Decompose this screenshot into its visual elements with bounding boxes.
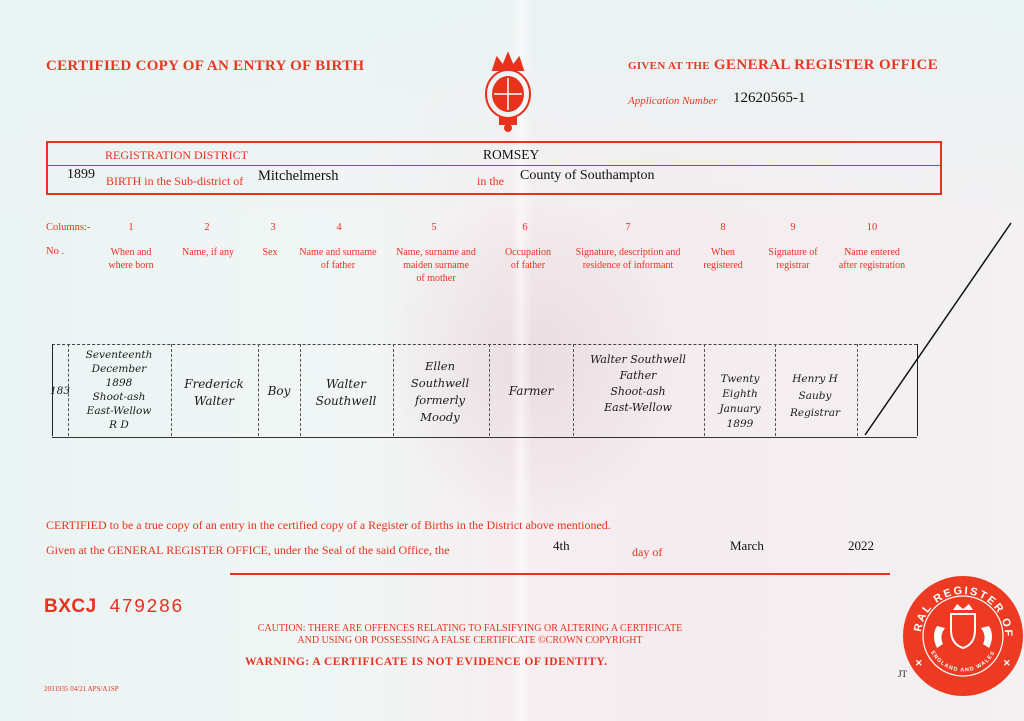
registration-district-label: REGISTRATION DISTRICT (105, 148, 248, 163)
royal-crest-icon (473, 48, 543, 132)
column-divider (573, 344, 574, 436)
svg-text:✕: ✕ (1003, 658, 1011, 668)
registration-year: 1899 (67, 167, 95, 183)
form-code: 2031935 04/21 APS/A1SP (44, 685, 119, 693)
column-number: 7 (625, 222, 630, 233)
office-title-main: GENERAL REGISTER OFFICE (714, 57, 938, 73)
serial-prefix: BXCJ (44, 596, 97, 617)
entry-father: Walter Southwell (316, 376, 377, 410)
entry-sex: Boy (268, 384, 291, 398)
office-title: GIVEN AT THE GENERAL REGISTER OFFICE (628, 56, 938, 74)
application-number: 12620565-1 (733, 90, 806, 107)
columns-label: Columns:- (46, 222, 90, 233)
caution-notice: CAUTION: THERE ARE OFFENCES RELATING TO … (240, 623, 700, 647)
signature-rule (230, 573, 890, 575)
issue-day: 4th (553, 538, 570, 554)
column-number: 5 (431, 222, 436, 233)
entry-when-registered: Twenty Eighth January 1899 (719, 372, 760, 432)
in-the-label: in the (477, 174, 504, 189)
county-value: County of Southampton (520, 168, 655, 184)
column-heading-mother: Name, surname and maiden surname of moth… (396, 246, 476, 285)
column-heading-father: Name and surname of father (299, 246, 376, 272)
entry-occupation: Farmer (509, 384, 554, 398)
entry-informant: Walter Southwell Father Shoot-ash East-W… (590, 352, 686, 416)
general-register-office-seal-icon: GENERAL REGISTER OFFICE ENGLAND AND WALE… (901, 574, 1024, 698)
cancellation-stroke (857, 213, 1017, 443)
column-number: 9 (790, 222, 795, 233)
certificate-title: CERTIFIED COPY OF AN ENTRY OF BIRTH (46, 58, 364, 75)
column-number: 8 (720, 222, 725, 233)
issue-year: 2022 (848, 538, 874, 554)
svg-text:✕: ✕ (915, 658, 923, 668)
entry-registrar: Henry H Sauby Registrar (790, 371, 840, 422)
entry-number: 183 (50, 384, 70, 398)
column-divider (704, 344, 705, 436)
column-heading-occupation: Occupation of father (505, 246, 551, 272)
day-of-label: day of (632, 545, 662, 560)
column-heading-informant: Signature, description and residence of … (576, 246, 681, 272)
office-title-prefix: GIVEN AT THE (628, 60, 710, 72)
subdistrict-value: Mitchelmersh (258, 168, 339, 185)
registration-district-value: ROMSEY (483, 147, 539, 163)
column-heading-sex: Sex (263, 246, 278, 259)
column-number: 4 (336, 222, 341, 233)
column-divider (171, 344, 172, 436)
column-heading-when-registered: When registered (703, 246, 742, 272)
column-divider (393, 344, 394, 436)
column-number: 3 (270, 222, 275, 233)
application-number-label: Application Number (628, 95, 718, 107)
entry-mother: Ellen Southwell formerly Moody (411, 358, 469, 426)
subdistrict-label: BIRTH in the Sub-district of (106, 174, 243, 189)
column-divider (489, 344, 490, 436)
certificate-serial: BXCJ 479286 (44, 596, 184, 618)
column-divider (300, 344, 301, 436)
column-heading-when-born: When and where born (108, 246, 153, 272)
given-statement: Given at the GENERAL REGISTER OFFICE, un… (46, 543, 450, 558)
entry-child-name: Frederick Walter (184, 376, 244, 410)
column-number: 6 (522, 222, 527, 233)
column-heading-name: Name, if any (182, 246, 234, 259)
entry-when-where-born: Seventeenth December 1898 Shoot-ash East… (86, 348, 153, 432)
identity-warning: WARNING: A CERTIFICATE IS NOT EVIDENCE O… (245, 656, 608, 668)
issue-month: March (730, 538, 764, 554)
column-divider (775, 344, 776, 436)
certified-statement: CERTIFIED to be a true copy of an entry … (46, 518, 611, 533)
column-heading-registrar: Signature of registrar (768, 246, 817, 272)
column-number: 1 (128, 222, 133, 233)
column-number: 2 (204, 222, 209, 233)
column-divider (258, 344, 259, 436)
serial-number: 479286 (109, 596, 183, 618)
entry-row (52, 344, 917, 438)
no-column-label: No . (46, 246, 64, 257)
